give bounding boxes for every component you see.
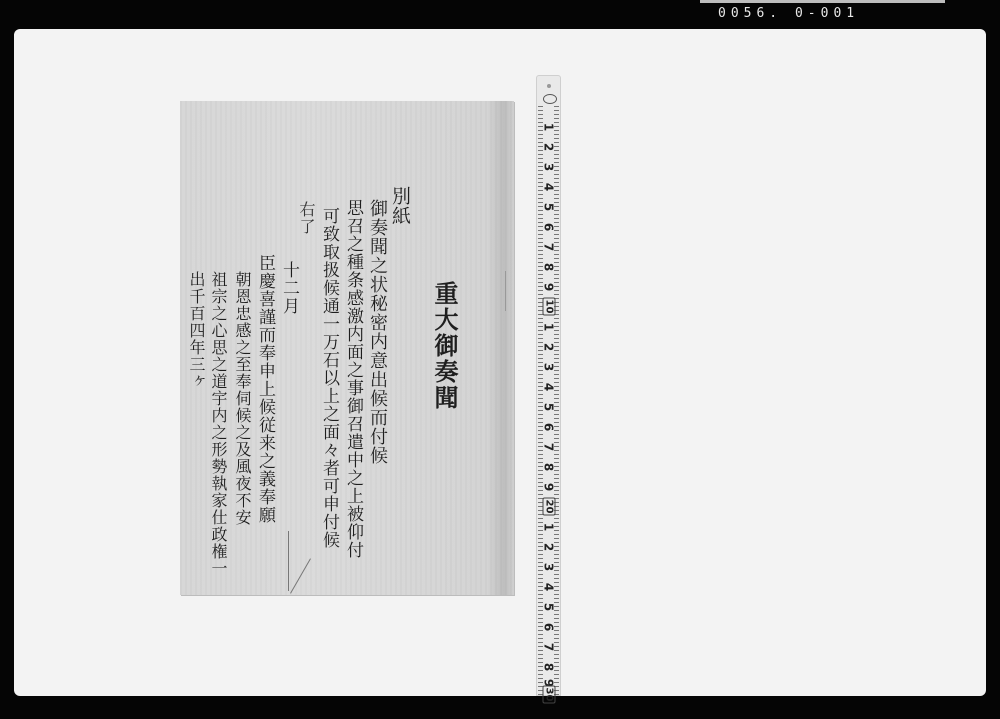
text-column-10: 出千百四年三ヶ bbox=[188, 271, 204, 390]
text-column-2: 御奏聞之状秘密内意出候而付候 bbox=[368, 199, 386, 465]
text-column-5: 右了 bbox=[298, 201, 314, 235]
ruler-label-20: 20 bbox=[543, 498, 556, 516]
text-column-8: 朝恩忠感之至奉伺候之及風夜不安 bbox=[234, 271, 250, 526]
text-column-3: 思召之種条感激内面之事御召遣中之上被仰付 bbox=[344, 199, 361, 559]
document-page: 重大御奏聞 別紙 御奏聞之状秘密内意出候而付候 思召之種条感激内面之事御召遣中之… bbox=[180, 101, 514, 595]
text-column-1: 別紙 bbox=[390, 186, 409, 226]
text-column-7: 臣慶喜謹而奉申上候従来之義奉願 bbox=[256, 254, 273, 524]
ruler-label-10: 10 bbox=[543, 298, 556, 316]
ruler-hole-icon bbox=[547, 84, 551, 88]
ruler-label-30: 30 bbox=[543, 686, 556, 704]
frame-number-label: 0056. 0-001 bbox=[718, 6, 859, 21]
paper-fold-mark bbox=[505, 271, 506, 311]
ruler-label: 9 bbox=[542, 476, 556, 499]
film-edge-strip bbox=[700, 0, 945, 3]
paper-damage-mark bbox=[290, 558, 311, 593]
text-column-4: 可致取扱候通一万石以上之面々者可申付候 bbox=[320, 207, 337, 549]
date-column: 十二月 bbox=[280, 261, 297, 315]
ruler-zero-marker bbox=[543, 94, 557, 104]
document-title: 重大御奏聞 bbox=[432, 281, 456, 411]
ruler-label: 9 bbox=[542, 276, 556, 299]
measurement-ruler: 1 2 3 4 5 6 7 8 9 10 1 2 3 4 5 6 7 8 9 2… bbox=[536, 75, 561, 696]
text-column-9: 祖宗之心思之道宇内之形勢執家仕政権一 bbox=[210, 271, 226, 577]
paper-damage-mark bbox=[288, 531, 289, 591]
